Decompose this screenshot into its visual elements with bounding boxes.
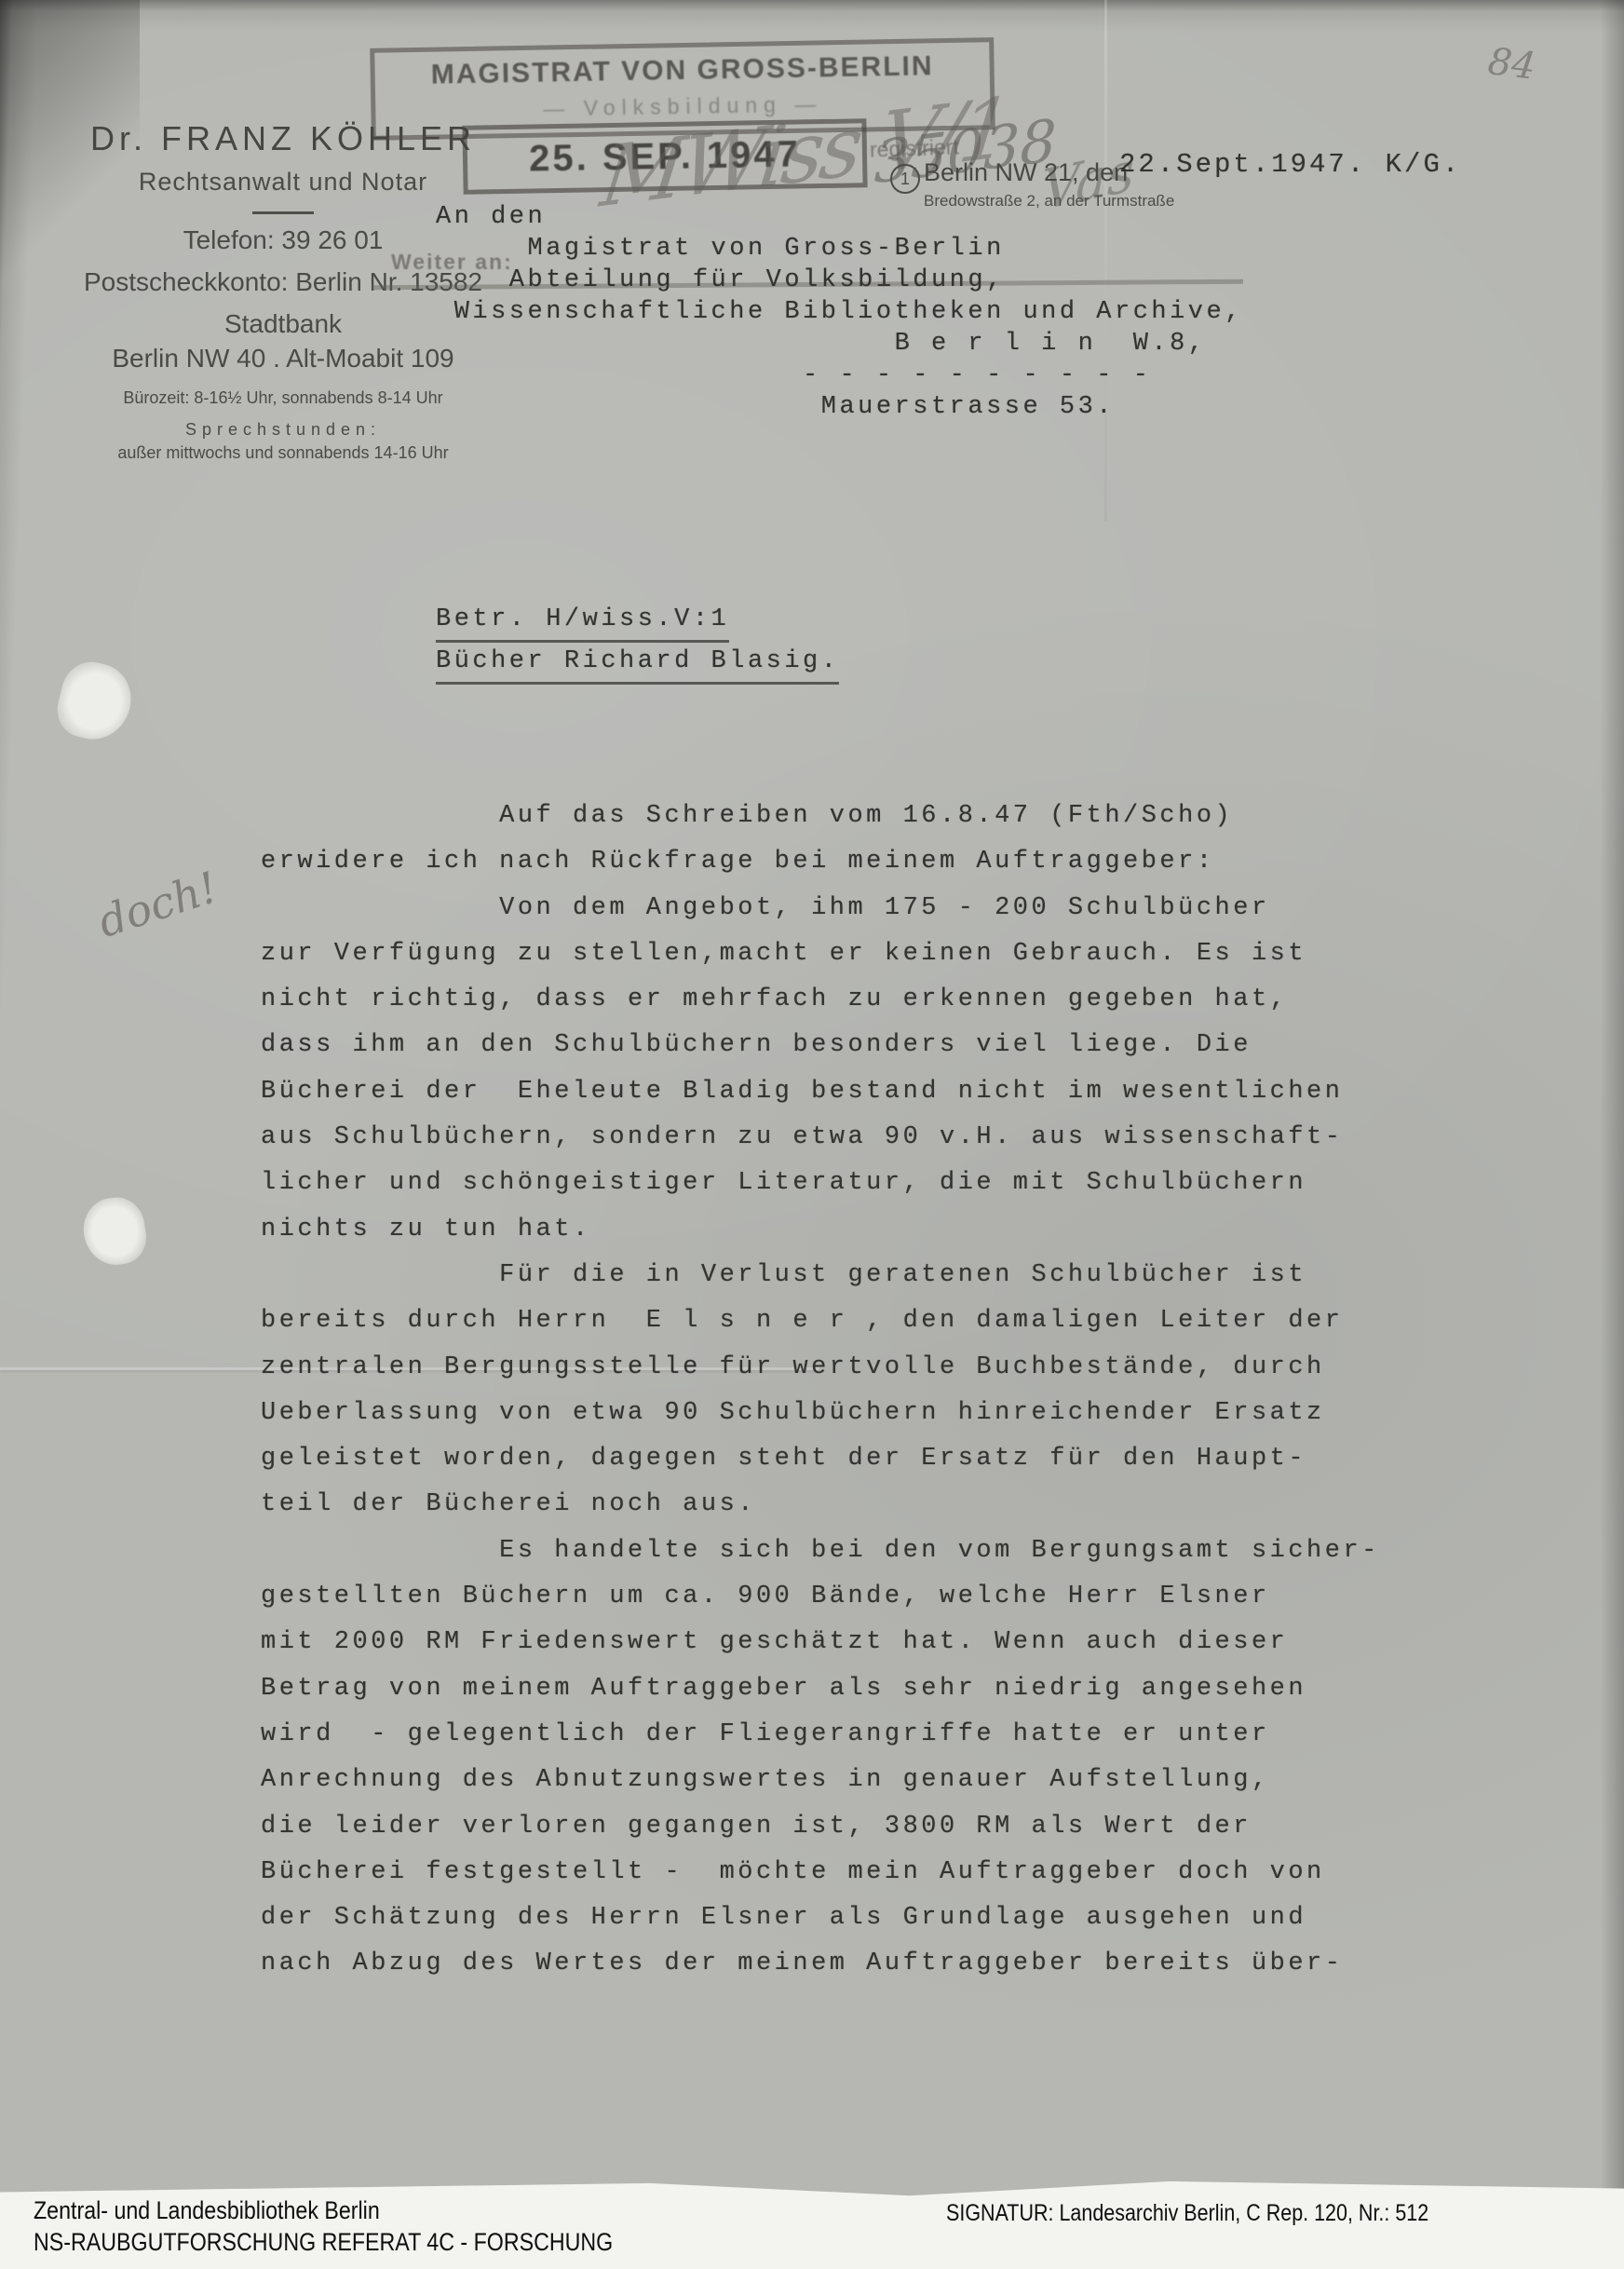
subject-topic-text: Bücher Richard Blasig. <box>436 643 839 685</box>
subject-topic: Bücher Richard Blasig. <box>436 643 839 685</box>
circled-1-mark: 1 <box>890 164 920 194</box>
subject-reference-text: Betr. H/wiss.V:1 <box>436 601 729 643</box>
recipient-salutation: An den <box>436 203 546 231</box>
scanned-letter-page: Dr. FRANZ KÖHLER Rechtsanwalt und Notar … <box>0 0 1624 2269</box>
footer-institution: Zentral- und Landesbibliothek Berlin <box>34 2196 380 2225</box>
letterhead-street-line: Bredowstraße 2, an der Turmstraße <box>924 192 1174 211</box>
letterhead-title: Rechtsanwalt und Notar <box>60 168 507 197</box>
typed-date: 22.Sept.1947. K/G. <box>1119 149 1461 180</box>
letter-body: Auf das Schreiben vom 16.8.47 (Fth/Scho)… <box>261 794 1380 1988</box>
letterhead-consultation-label: Sprechstunden: <box>60 420 507 440</box>
pencil-margin-note: doch! <box>92 862 223 947</box>
footer-signature: SIGNATUR: Landesarchiv Berlin, C Rep. 12… <box>946 2200 1428 2227</box>
letterhead-consultation-hours: außer mittwochs und sonnabends 14-16 Uhr <box>60 443 507 463</box>
subject-block: Betr. H/wiss.V:1 Bücher Richard Blasig. <box>436 601 839 685</box>
place-date-label: Berlin NW 21, den <box>924 158 1128 187</box>
punch-hole-top <box>51 656 139 747</box>
archive-footer-band: Zentral- und Landesbibliothek Berlin NS-… <box>0 2180 1624 2269</box>
subject-reference: Betr. H/wiss.V:1 <box>436 601 839 643</box>
letterhead-divider <box>252 211 314 214</box>
stamp-office-name: MAGISTRAT VON GROSS-BERLIN <box>380 49 983 91</box>
punch-hole-bottom <box>79 1194 149 1269</box>
recipient-address-block: Magistrat von Gross-Berlin Abteilung für… <box>436 233 1243 423</box>
pencil-page-number: 84 <box>1485 40 1537 88</box>
footer-department: NS-RAUBGUTFORSCHUNG REFERAT 4C - FORSCHU… <box>34 2228 613 2257</box>
